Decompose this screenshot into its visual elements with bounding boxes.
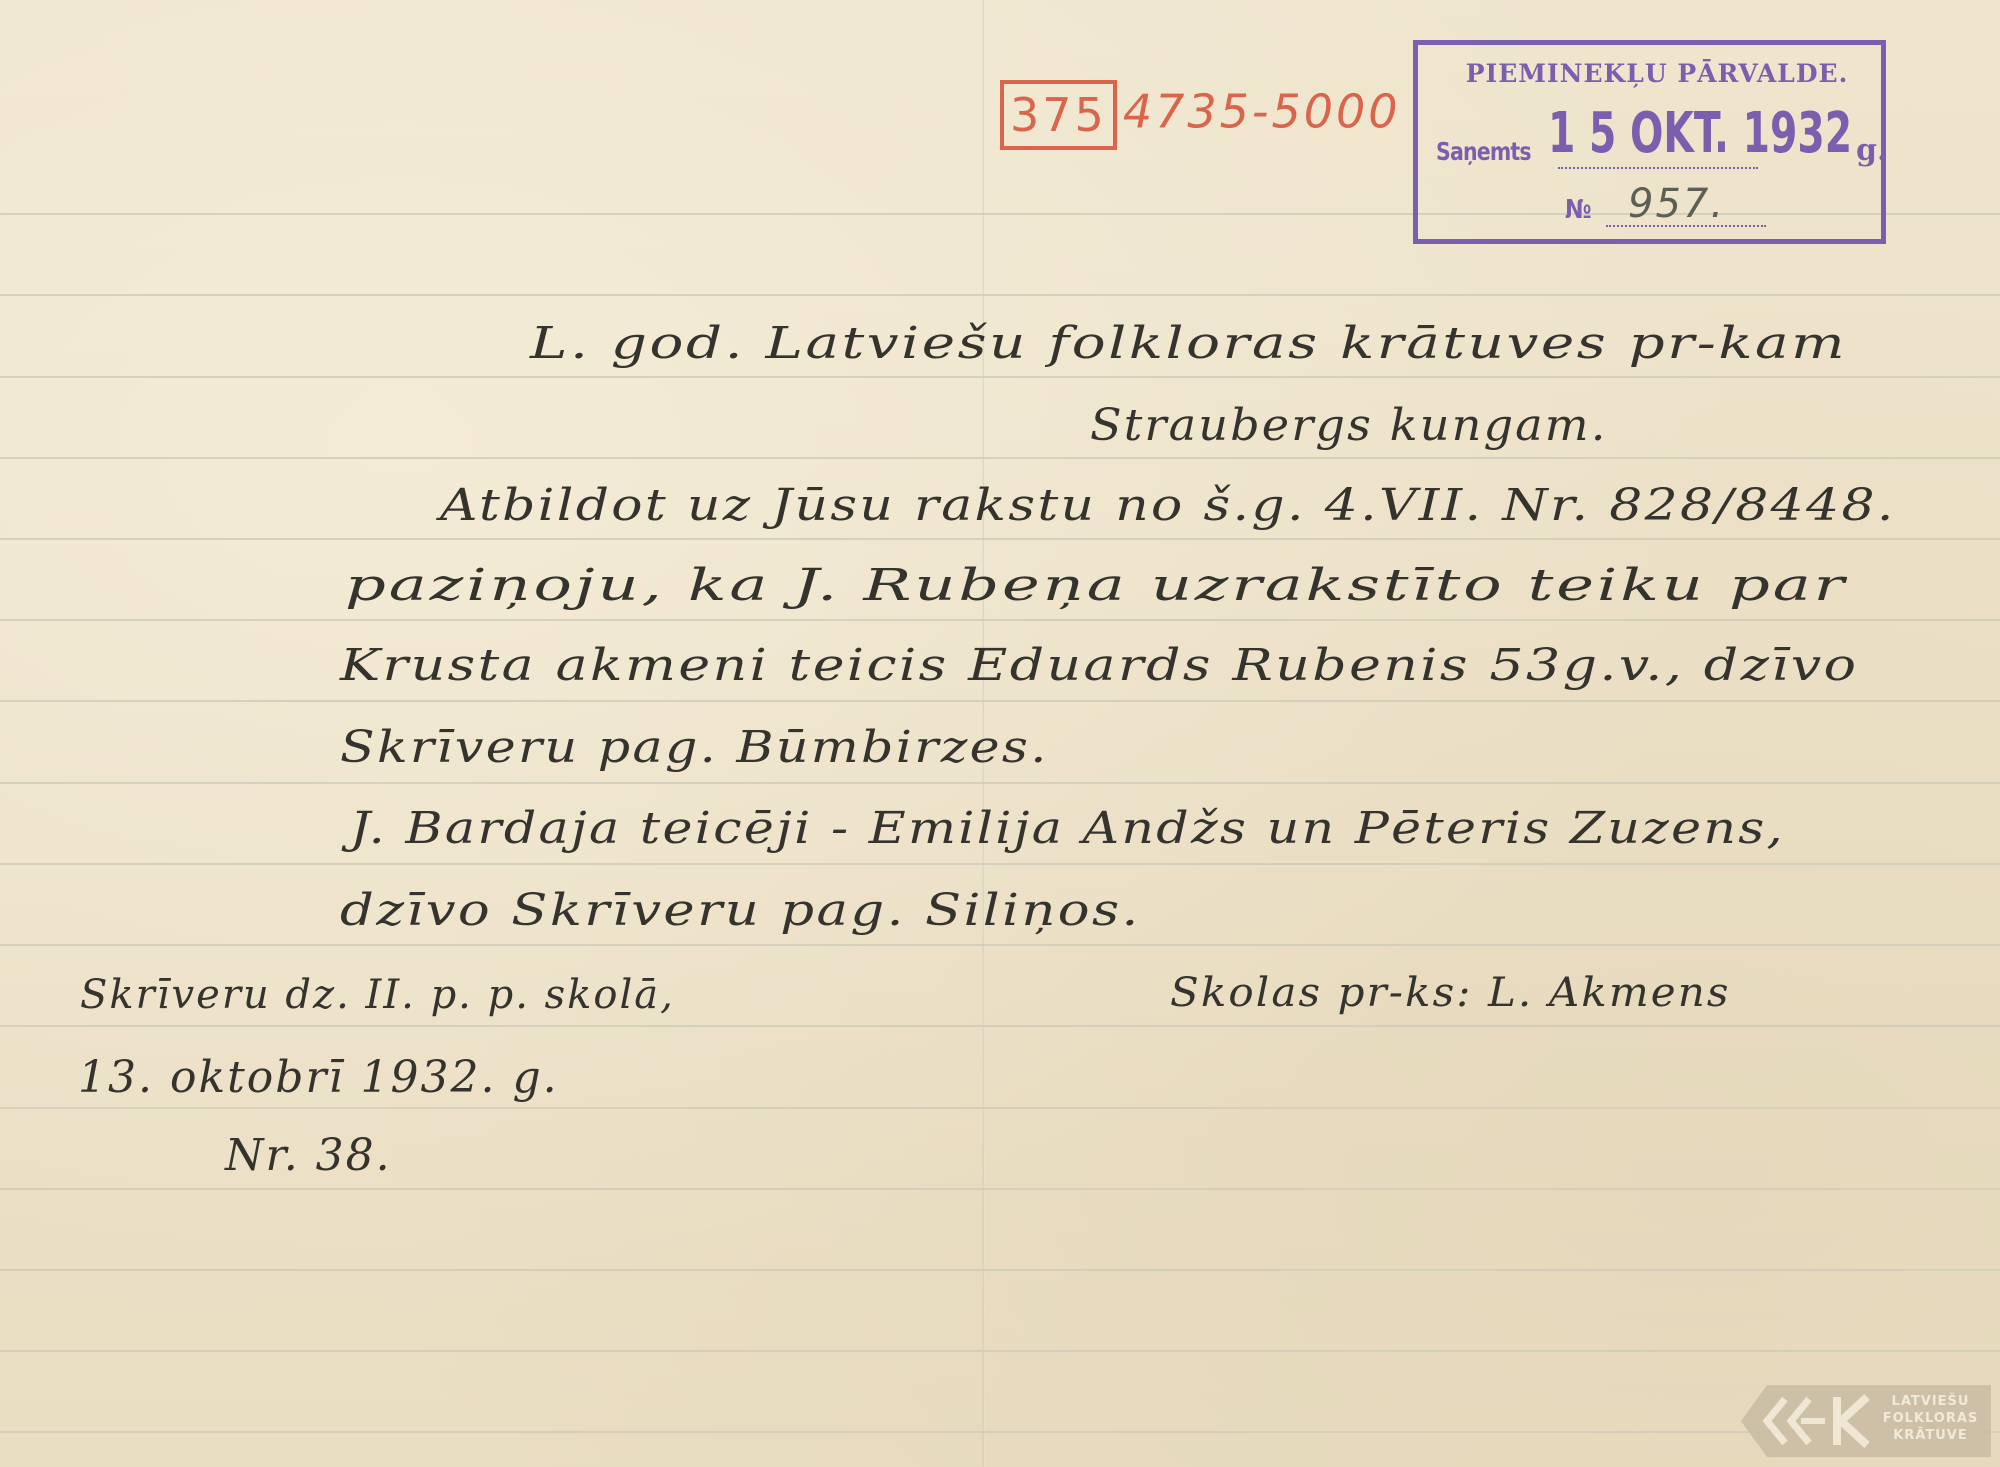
archive-annotation: 3754735-5000: [1000, 80, 1401, 150]
stamp-organization: PIEMINEKĻU PĀRVALDE.: [1452, 59, 1862, 88]
ruled-line: [0, 1107, 2000, 1109]
ruled-line: [0, 1025, 2000, 1027]
ruled-line: [0, 538, 2000, 540]
stamp-number-label: №: [1565, 195, 1592, 225]
ruled-line: [0, 1188, 2000, 1190]
archive-range: 4735-5000: [1123, 85, 1401, 139]
ruled-line: [0, 863, 2000, 865]
ruled-line: [0, 1431, 2000, 1433]
body-line-1: Atbildot uz Jūsu rakstu no š.g. 4.VII. N…: [440, 480, 1896, 531]
salutation-line-2: Straubergs kungam.: [1090, 400, 1607, 451]
body-line-2: paziņoju, ka J. Rubeņa uzrakstīto teiku …: [345, 560, 1847, 611]
body-line-4: Skrīveru pag. Būmbirzes.: [340, 722, 1049, 773]
ruled-line: [0, 782, 2000, 784]
body-line-5: J. Bardaja teicēji - Emilija Andžs un Pē…: [350, 803, 1785, 854]
archive-watermark-logo: LATVIEŠU FOLKLORAS KRĀTUVE: [1741, 1385, 1991, 1457]
letter-number: Nr. 38.: [225, 1130, 392, 1181]
ruled-line: [0, 1350, 2000, 1352]
ruled-line: [0, 944, 2000, 946]
stamp-received-label: Saņemts: [1436, 137, 1531, 166]
watermark-line-1: LATVIEŠU: [1873, 1393, 1988, 1410]
received-stamp: PIEMINEKĻU PĀRVALDE. Saņemts 1 5 OKT. 19…: [1413, 40, 1886, 244]
letter-date: 13. oktobrī 1932. g.: [78, 1052, 559, 1103]
salutation-line-1: L. god. Latviešu folkloras krātuves pr-k…: [530, 318, 1847, 369]
stamp-year-suffix: g.: [1856, 133, 1887, 168]
ruled-line: [0, 457, 2000, 459]
watermark-line-2: FOLKLORAS: [1873, 1410, 1988, 1427]
stamp-number-value: 957.: [1628, 181, 1725, 227]
ruled-line: [0, 1269, 2000, 1271]
body-line-6: dzīvo Skrīveru pag. Siliņos.: [340, 885, 1141, 936]
signature: Skolas pr-ks: L. Akmens: [1170, 970, 1731, 1016]
stamp-date-underline: [1558, 167, 1758, 169]
archive-bracket-number: 375: [1000, 80, 1117, 150]
ruled-line: [0, 294, 2000, 296]
stamp-date: 1 5 OKT. 1932: [1548, 101, 1852, 166]
body-line-3: Krusta akmeni teicis Eduards Rubenis 53g…: [340, 640, 1858, 691]
ruled-line: [0, 700, 2000, 702]
ruled-line: [0, 619, 2000, 621]
watermark-text: LATVIEŠU FOLKLORAS KRĀTUVE: [1873, 1393, 1988, 1444]
ruled-line: [0, 376, 2000, 378]
watermark-line-3: KRĀTUVE: [1873, 1427, 1988, 1444]
school-place: Skrīveru dz. II. p. p. skolā,: [80, 972, 675, 1018]
